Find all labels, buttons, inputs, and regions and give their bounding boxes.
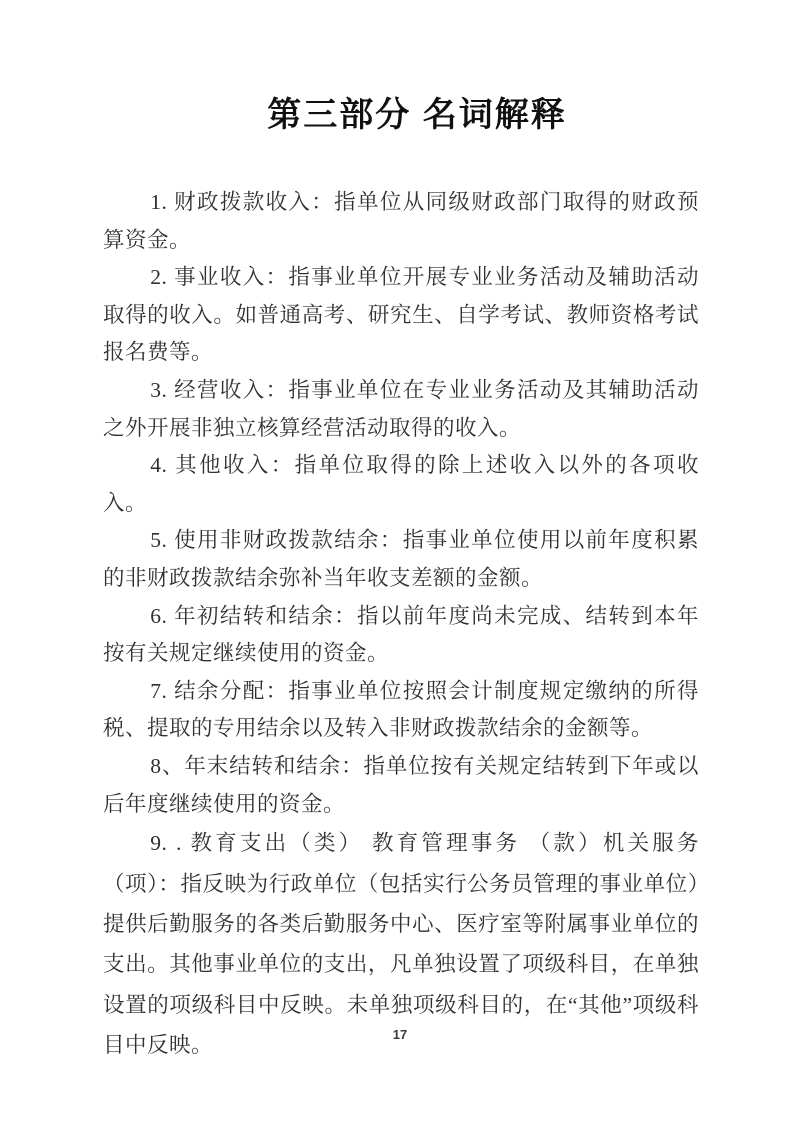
term-paragraph-6: 6. 年初结转和结余：指以前年度尚未完成、结转到本年按有关规定继续使用的资金。 bbox=[103, 598, 699, 673]
term-paragraph-5: 5. 使用非财政拨款结余：指事业单位使用以前年度积累的非财政拨款结余弥补当年收支… bbox=[103, 522, 699, 597]
term-paragraph-4: 4. 其他收入：指单位取得的除上述收入以外的各项收入。 bbox=[103, 447, 699, 522]
term-paragraph-7: 7. 结余分配：指事业单位按照会计制度规定缴纳的所得税、提取的专用结余以及转入非… bbox=[103, 673, 699, 748]
page-number: 17 bbox=[0, 1026, 800, 1044]
document-body: 1. 财政拨款收入：指单位从同级财政部门取得的财政预算资金。 2. 事业收入：指… bbox=[103, 184, 699, 1066]
document-page: 第三部分 名词解释 1. 财政拨款收入：指单位从同级财政部门取得的财政预算资金。… bbox=[0, 0, 800, 1131]
term-paragraph-1: 1. 财政拨款收入：指单位从同级财政部门取得的财政预算资金。 bbox=[103, 184, 699, 259]
term-paragraph-8: 8、年末结转和结余：指单位按有关规定结转到下年或以后年度继续使用的资金。 bbox=[103, 748, 699, 823]
page-title: 第三部分 名词解释 bbox=[0, 94, 800, 136]
term-paragraph-3: 3. 经营收入：指事业单位在专业业务活动及其辅助活动之外开展非独立核算经营活动取… bbox=[103, 372, 699, 447]
term-paragraph-2: 2. 事业收入：指事业单位开展专业业务活动及辅助活动取得的收入。如普通高考、研究… bbox=[103, 259, 699, 372]
